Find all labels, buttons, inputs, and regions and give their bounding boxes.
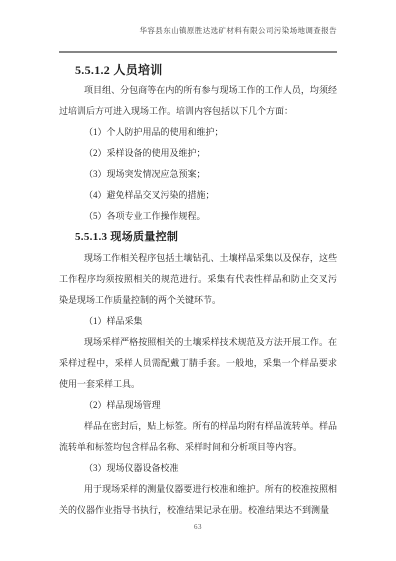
section-intro-paragraph: 现场工作相关程序包括土壤钻孔、土壤样品采集以及保存，这些工作程序均须按照相关的规… [59,248,337,311]
page-header-title: 华容县东山镇原胜达选矿材料有限公司污染场地调查报告 [59,24,337,37]
header-rule [59,51,337,53]
section-heading: 5.5.1.3 现场质量控制 [75,227,337,248]
subsection-heading: （3）现场仪器设备校准 [59,458,337,479]
section-personnel-training: 5.5.1.2 人员培训 项目组、分包商等在内的所有参与现场工作的工作人员，均须… [59,60,337,227]
list-item: （1）个人防护用品的使用和维护； [59,122,337,143]
list-item: （5）各项专业工作操作规程。 [59,206,337,227]
section-intro-paragraph: 项目组、分包商等在内的所有参与现场工作的工作人员，均须经过培训后方可进入现场工作… [59,80,337,122]
subsection-paragraph: 现场采样严格按照相关的土壤采样技术规范及方法开展工作。在采样过程中，采样人员需配… [59,332,337,395]
list-item: （3）现场突发情况应急预案； [59,164,337,185]
subsection-paragraph: 用于现场采样的测量仪器要进行校准和维护。所有的校准按照相关的仪器作业指导书执行，… [59,479,337,521]
list-item: （4）避免样品交叉污染的措施； [59,185,337,206]
subsection-heading: （2）样品现场管理 [59,395,337,416]
section-field-quality-control: 5.5.1.3 现场质量控制 现场工作相关程序包括土壤钻孔、土壤样品采集以及保存… [59,227,337,521]
subsection-paragraph: 样品在密封后，贴上标签。所有的样品均附有样品流转单。样品流转单和标签均包含样品名… [59,416,337,458]
section-heading: 5.5.1.2 人员培训 [75,60,337,80]
list-item: （2）采样设备的使用及维护； [59,143,337,164]
document-page: 华容县东山镇原胜达选矿材料有限公司污染场地调查报告 5.5.1.2 人员培训 项… [0,0,396,561]
page-number: 63 [0,523,396,531]
subsection-heading: （1）样品采集 [59,311,337,332]
